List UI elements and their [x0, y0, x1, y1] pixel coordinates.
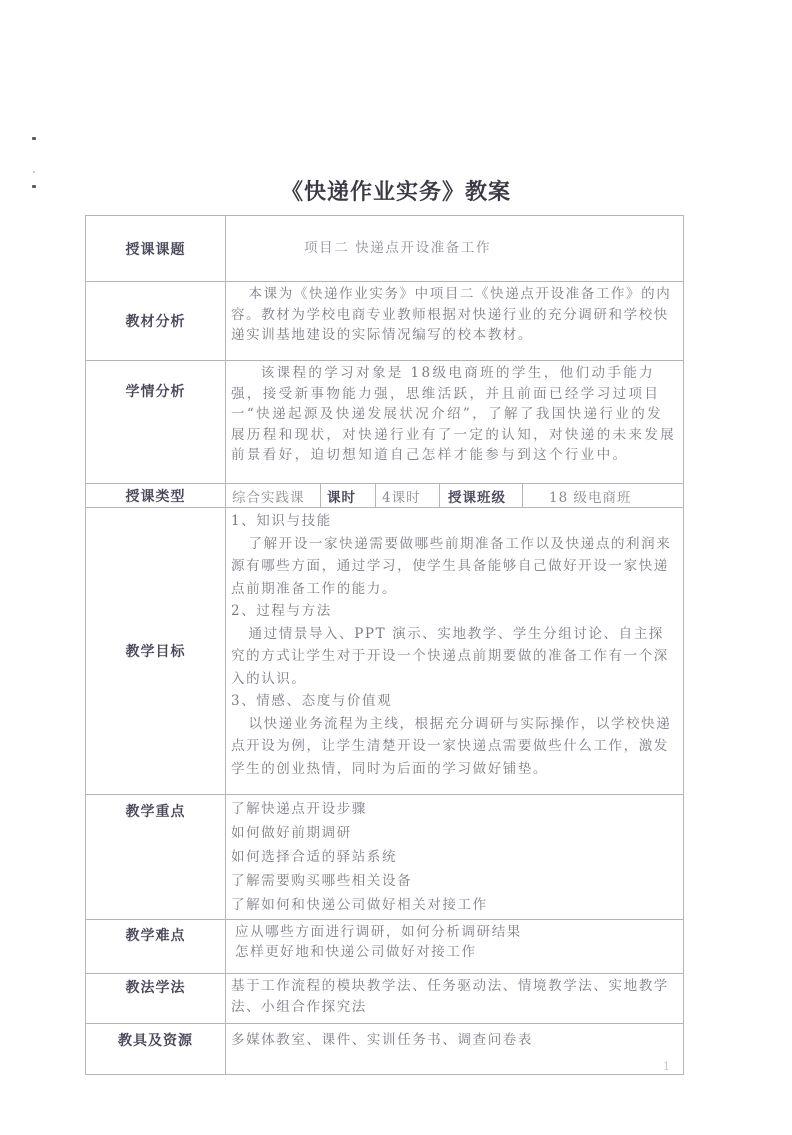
label-material-analysis: 教材分析: [86, 282, 226, 361]
key-point-item: 了解快递点开设步骤: [231, 797, 677, 821]
value-methods: 基于工作流程的模块教学法、任务驱动法、情境教学法、实地教学法、小组合作探究法: [226, 974, 684, 1024]
value-difficulties: 应从哪些方面进行调研，如何分析调研结果 怎样更好地和快递公司做好对接工作: [226, 920, 684, 974]
objective-body: 通过情景导入、PPT 演示、实地教学、学生分组讨论、自主探究的方式让学生对于开设…: [231, 623, 677, 691]
value-key-points: 了解快递点开设步骤 如何做好前期调研 如何选择合适的驿站系统 了解需要购买哪些相…: [226, 795, 684, 920]
methods-text: 基于工作流程的模块教学法、任务驱动法、情境教学法、实地教学法、小组合作探究法: [231, 976, 677, 1017]
value-class: 18 级电商班: [523, 484, 683, 507]
table-row-objectives: 教学目标 1、知识与技能 了解开设一家快递需要做哪些前期准备工作以及快递点的利润…: [86, 508, 684, 795]
value-resources: 多媒体教室、课件、实训任务书、调查问卷表: [226, 1024, 684, 1075]
label-hours: 课时: [321, 484, 376, 507]
objective-heading: 3、情感、态度与价值观: [231, 690, 677, 713]
label-course-type: 授课类型: [86, 484, 226, 508]
page-number: 1: [663, 1060, 670, 1073]
difficulty-item: 怎样更好地和快递公司做好对接工作: [235, 942, 677, 962]
key-point-item: 如何选择合适的驿站系统: [231, 845, 677, 869]
label-topic: 授课课题: [86, 216, 226, 282]
material-analysis-text: 本课为《快递作业实务》中项目二《快递点开设准备工作》的内容。教材为学校电商专业教…: [231, 284, 677, 346]
label-methods: 教法学法: [86, 974, 226, 1024]
difficulty-item: 应从哪些方面进行调研，如何分析调研结果: [235, 922, 677, 942]
label-key-points: 教学重点: [86, 795, 226, 920]
course-type-details: 综合实践课 课时 4课时 授课班级 18 级电商班: [226, 484, 684, 508]
scan-dot: [33, 171, 35, 173]
learner-analysis-text: 该课程的学习对象是 18级电商班的学生，他们动手能力强，接受新事物能力强，思维活…: [231, 363, 677, 466]
resources-text: 多媒体教室、课件、实训任务书、调查问卷表: [231, 1030, 677, 1051]
value-objectives: 1、知识与技能 了解开设一家快递需要做哪些前期准备工作以及快递点的利润来源有哪些…: [226, 508, 684, 795]
table-row-learner-analysis: 学情分析 该课程的学习对象是 18级电商班的学生，他们动手能力强，接受新事物能力…: [86, 361, 684, 484]
label-objectives: 教学目标: [86, 508, 226, 795]
value-learner-analysis: 该课程的学习对象是 18级电商班的学生，他们动手能力强，接受新事物能力强，思维活…: [226, 361, 684, 484]
label-class: 授课班级: [440, 484, 523, 507]
document-title: 《快递作业实务》教案: [0, 175, 792, 206]
table-row-course-type: 授课类型 综合实践课 课时 4课时 授课班级 18 级电商班: [86, 484, 684, 508]
lesson-plan-table: 授课课题 项目二 快递点开设准备工作 教材分析 本课为《快递作业实务》中项目二《…: [85, 215, 684, 1075]
objective-heading: 1、知识与技能: [231, 510, 677, 533]
label-difficulties: 教学难点: [86, 920, 226, 974]
objective-heading: 2、过程与方法: [231, 600, 677, 623]
label-resources: 教具及资源: [86, 1024, 226, 1075]
table-row-material-analysis: 教材分析 本课为《快递作业实务》中项目二《快递点开设准备工作》的内容。教材为学校…: [86, 282, 684, 361]
value-hours: 4课时: [376, 484, 440, 507]
key-point-item: 如何做好前期调研: [231, 821, 677, 845]
objective-body: 了解开设一家快递需要做哪些前期准备工作以及快递点的利润来源有哪些方面，通过学习，…: [231, 533, 677, 601]
value-material-analysis: 本课为《快递作业实务》中项目二《快递点开设准备工作》的内容。教材为学校电商专业教…: [226, 282, 684, 361]
table-row-methods: 教法学法 基于工作流程的模块教学法、任务驱动法、情境教学法、实地教学法、小组合作…: [86, 974, 684, 1024]
table-row-topic: 授课课题 项目二 快递点开设准备工作: [86, 216, 684, 282]
label-learner-analysis: 学情分析: [86, 361, 226, 484]
value-course-type: 综合实践课: [226, 484, 321, 507]
table-row-difficulties: 教学难点 应从哪些方面进行调研，如何分析调研结果 怎样更好地和快递公司做好对接工…: [86, 920, 684, 974]
key-point-item: 了解需要购买哪些相关设备: [231, 869, 677, 893]
table-row-key-points: 教学重点 了解快递点开设步骤 如何做好前期调研 如何选择合适的驿站系统 了解需要…: [86, 795, 684, 920]
value-topic: 项目二 快递点开设准备工作: [226, 216, 684, 282]
scan-mark: [32, 137, 36, 140]
key-point-item: 了解如何和快递公司做好相关对接工作: [231, 893, 677, 917]
objective-body: 以快递业务流程为主线，根据充分调研与实际操作，以学校快递点开设为例，让学生清楚开…: [231, 713, 677, 781]
table-row-resources: 教具及资源 多媒体教室、课件、实训任务书、调查问卷表: [86, 1024, 684, 1075]
